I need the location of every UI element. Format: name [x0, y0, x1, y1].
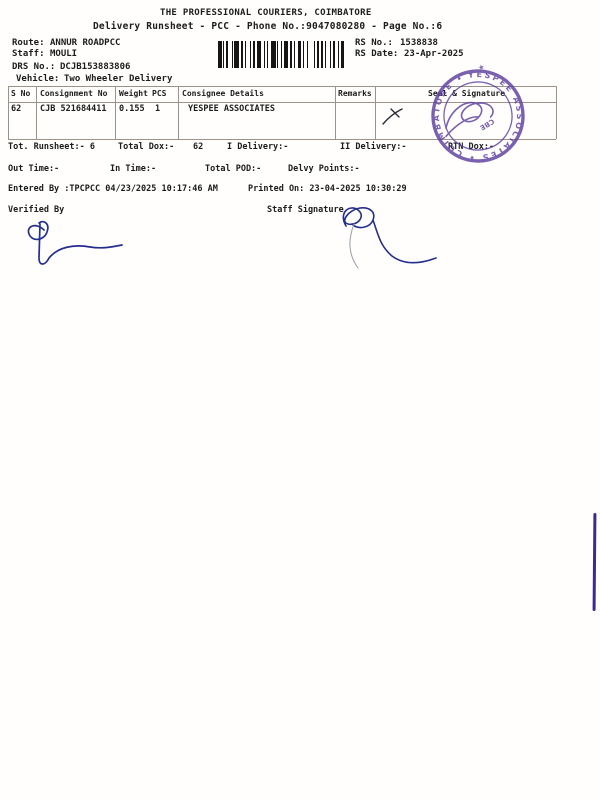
svg-text:YESPEE ASSOCIATES • COIMBATORE: YESPEE ASSOCIATES • COIMBATORE • [422, 60, 534, 172]
rs-no-value: 1538838 [400, 39, 438, 49]
verified-by-signature [18, 214, 128, 274]
stamp-star-icon: ★ [477, 61, 486, 73]
barcode-bar [321, 41, 323, 68]
barcode-bar [314, 41, 315, 68]
vehicle-value: Two Wheeler Delivery [64, 75, 172, 85]
staff-value: MOULI [50, 50, 77, 60]
barcode-bar [317, 41, 319, 68]
table-vline [556, 86, 557, 139]
drs-value: DCJB153883806 [60, 63, 130, 73]
ii-delivery: II Delivery:- [340, 143, 407, 152]
table-vline [375, 86, 376, 139]
delvy-points: Delvy Points:- [288, 165, 360, 174]
total-pod: Total POD:- [205, 165, 261, 174]
route-label: Route: [12, 39, 45, 49]
rs-date-label: RS Date: [355, 50, 398, 60]
runsheet-document: THE PROFESSIONAL COURIERS, COIMBATORE De… [0, 0, 600, 800]
cell-consignee: YESPEE ASSOCIATES [188, 105, 275, 114]
barcode-bar [341, 41, 345, 68]
table-vline [335, 86, 336, 139]
barcode-bar [277, 41, 278, 68]
barcode-bar [267, 41, 268, 68]
table-vline [178, 86, 179, 139]
barcode-bar [218, 41, 222, 68]
barcode-bar [333, 41, 335, 68]
barcode-bar [226, 41, 228, 68]
barcode-bar [234, 41, 239, 68]
col-header-remarks: Remarks [338, 90, 372, 99]
col-header-sno: S No [11, 90, 30, 99]
barcode-bar [257, 41, 261, 68]
col-header-weight: Weight [119, 90, 148, 99]
company-title: THE PROFESSIONAL COURIERS, COIMBATORE [160, 9, 372, 19]
barcode-bar [264, 41, 265, 68]
staff-signature [318, 200, 443, 275]
cell-consignment: CJB 521684411 [40, 105, 107, 114]
i-delivery: I Delivery:- [227, 143, 288, 152]
rs-date-value: 23-Apr-2025 [404, 50, 464, 60]
handwritten-tick-mark [380, 105, 406, 127]
rs-no-label: RS No.: [355, 39, 393, 49]
entered-by: Entered By :TPCPCC 04/23/2025 10:17:46 A… [8, 185, 218, 194]
barcode-bar [253, 41, 255, 68]
rubber-stamp: YESPEE ASSOCIATES • COIMBATORE • ★ CBE [405, 43, 550, 188]
cell-sno: 62 [11, 105, 21, 114]
barcode-bar [325, 41, 326, 68]
cell-weight: 0.155 [119, 105, 145, 114]
printed-on: Printed On: 23-04-2025 10:30:29 [248, 185, 407, 194]
out-time: Out Time:- [8, 165, 59, 174]
barcode-bar [307, 41, 308, 68]
total-dox-value: 62 [193, 143, 203, 152]
barcode-bar [250, 41, 251, 68]
table-vline [8, 86, 9, 139]
barcode-bar [303, 41, 304, 68]
cell-pcs: 1 [155, 105, 160, 114]
total-dox-label: Total Dox:- [118, 143, 174, 152]
barcode-bar [245, 41, 246, 68]
barcode-bar [298, 41, 302, 68]
col-header-pcs: PCS [152, 90, 166, 99]
vehicle-label: Vehicle: [16, 75, 59, 85]
document-subtitle: Delivery Runsheet - PCC - Phone No.:9047… [93, 22, 442, 32]
route-value: ANNUR ROADPCC [50, 39, 120, 49]
staff-label: Staff: [12, 50, 45, 60]
barcode-bar [271, 41, 276, 68]
barcode-bar [294, 41, 295, 68]
col-header-consignment: Consignment No [40, 90, 107, 99]
barcode-bar [223, 41, 224, 68]
drs-label: DRS No.: [12, 63, 55, 73]
col-header-consignee: Consignee Details [182, 90, 264, 99]
barcode-bar [290, 41, 292, 68]
barcode-bar [330, 41, 331, 68]
barcode-bar [338, 41, 339, 68]
barcode-bar [241, 41, 243, 68]
stray-ink-mark [593, 513, 597, 611]
barcode-bar [232, 41, 233, 68]
barcode-bar [284, 41, 288, 68]
stamp-center-text: CBE [478, 117, 495, 132]
in-time: In Time:- [110, 165, 156, 174]
table-vline [115, 86, 116, 139]
barcode-bar [281, 41, 282, 68]
stamp-rim-text: YESPEE ASSOCIATES • COIMBATORE • [422, 60, 534, 172]
barcode [218, 41, 346, 68]
total-runsheet: Tot. Runsheet:- 6 [8, 143, 95, 152]
table-vline [36, 86, 37, 139]
